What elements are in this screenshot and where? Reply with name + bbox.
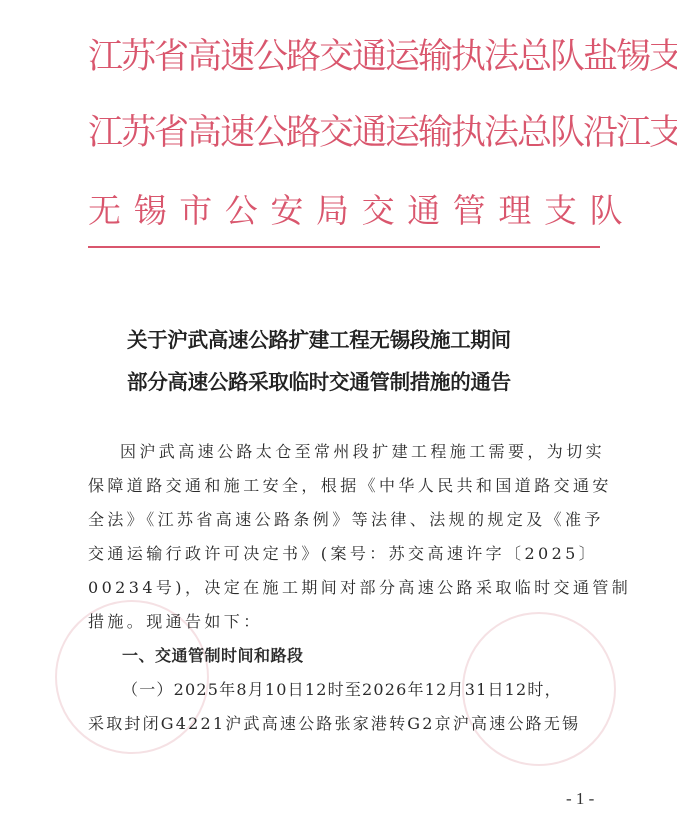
page-number: - 1 - [566, 789, 594, 809]
issuer-line-1: 江苏省高速公路交通运输执法总队盐锡支队 [88, 34, 600, 80]
item-line-1: （一）2025年8月10日12时至2026年12月31日12时， [122, 678, 562, 702]
body-line-2: 保障道路交通和施工安全，根据《中华人民共和国道路交通安 [88, 474, 612, 498]
body-line-3: 全法》《江苏省高速公路条例》等法律、法规的规定及《准予 [88, 508, 604, 532]
document-title-line-1: 关于沪武高速公路扩建工程无锡段施工期间 [127, 326, 567, 354]
body-line-5: 00234号)，决定在施工期间对部分高速公路采取临时交通管制 [88, 576, 631, 600]
red-divider [88, 246, 600, 248]
body-line-4: 交通运输行政许可决定书》(案号：苏交高速许字〔2025〕 [88, 542, 598, 566]
body-line-6: 措施。现通告如下： [88, 610, 263, 634]
document-title-line-2: 部分高速公路采取临时交通管制措施的通告 [127, 368, 567, 396]
issuer-line-2: 江苏省高速公路交通运输执法总队沿江支队 [88, 110, 600, 156]
item-line-2: 采取封闭G4221沪武高速公路张家港转G2京沪高速公路无锡 [88, 712, 580, 736]
section-heading: 一、交通管制时间和路段 [122, 644, 304, 668]
issuer-line-3: 无锡市公安局交通管理支队 [88, 188, 600, 234]
body-line-1: 因沪武高速公路太仓至常州段扩建工程施工需要，为切实 [120, 440, 605, 464]
